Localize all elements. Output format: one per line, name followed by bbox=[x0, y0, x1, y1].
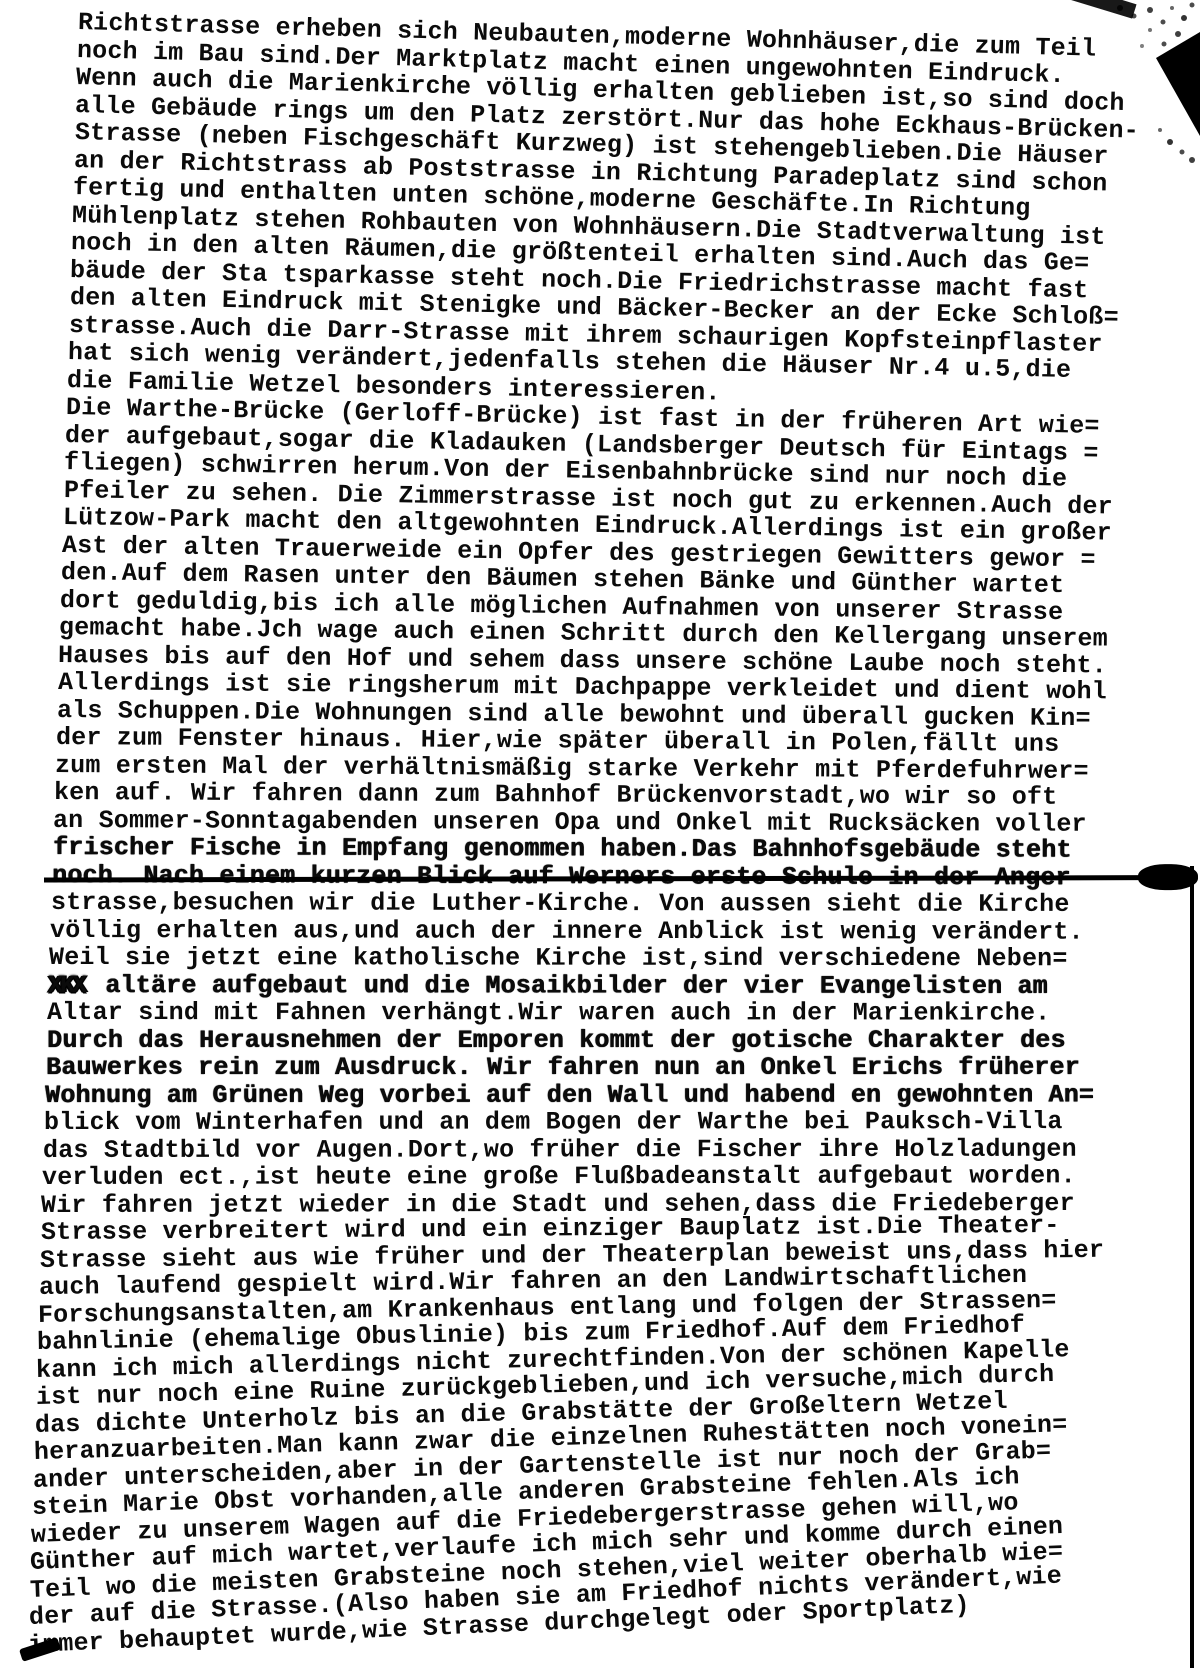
page-text-block: Richtstrasse erheben sich Neubauten,mode… bbox=[0, 0, 1200, 1668]
text-line: Weil sie jetzt eine katholische Kirche i… bbox=[49, 944, 1200, 973]
text-line: blick vom Winterhafen und an dem Bogen d… bbox=[44, 1108, 1200, 1137]
scan-artifact-fold-line bbox=[1190, 866, 1194, 1668]
text-line: Bauwerkes rein zum Ausdruck. Wir fahren … bbox=[46, 1054, 1200, 1082]
text-line: XKX altäre aufgebaut und die Mosaikbilde… bbox=[48, 972, 1200, 1001]
text-line: Altar sind mit Fahnen verhängt.Wir waren… bbox=[47, 999, 1200, 1027]
text-line: Durch das Herausnehmen der Emporen kommt… bbox=[47, 1027, 1200, 1055]
text-line: Wohnung am Grünen Weg vorbei auf den Wal… bbox=[45, 1081, 1200, 1109]
overstruck-word: XKX bbox=[48, 971, 84, 1000]
scanned-typewritten-page: { "document": { "kind": "scanned typewri… bbox=[0, 0, 1200, 1668]
text-line: noch. Nach einem kurzen Blick auf Werner… bbox=[52, 862, 1200, 892]
text-line: das Stadtbild vor Augen.Dort,wo früher d… bbox=[43, 1135, 1200, 1164]
text-line: verluden ect.,ist heute eine große Flußb… bbox=[42, 1162, 1200, 1191]
text-line: strasse,besuchen wir die Luther-Kirche. … bbox=[51, 889, 1200, 919]
text-line: völlig erhalten aus,und auch der innere … bbox=[50, 917, 1200, 946]
text-line: frischer Fische in Empfang genommen habe… bbox=[52, 834, 1200, 865]
scan-artifact-corner-smudge-icon bbox=[1000, 0, 1200, 170]
scan-artifact-strikethrough-line bbox=[44, 875, 1194, 882]
